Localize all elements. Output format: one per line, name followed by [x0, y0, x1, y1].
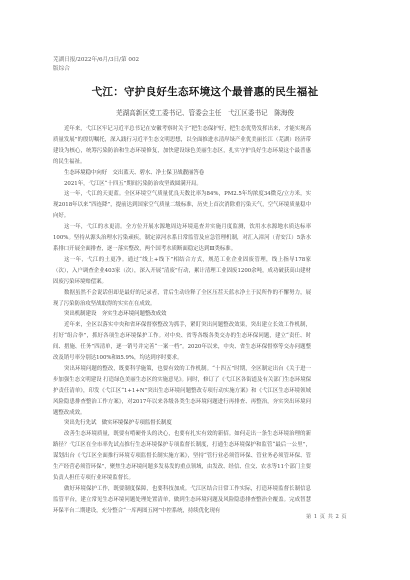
section-line: 版综合: [53, 65, 139, 74]
article-author: 芜湖高新区党工委书记、管委会主任 弋江区委书记 陈海俊: [0, 107, 410, 117]
source-line: 芜湖日报/2022年/6月/3日/第 002: [53, 56, 139, 65]
paragraph: 近年来，全区以落实中央和省环保督察整改为抓手，紧盯突出问题整改效果，突出建立长效…: [53, 320, 311, 364]
document-page: 芜湖日报/2022年/6月/3日/第 002 版综合 弋江：守护良好生态环境这个…: [0, 0, 410, 580]
paragraph: 2021年，弋江区“十四五”期间污染防治攻坚战圆满开局。: [53, 179, 311, 190]
paragraph: 这一年，弋江的土更净。通过“线上+线下”相结合方式，规范工业企业固废管理，线上指…: [53, 255, 311, 288]
article-title: 弋江：守护良好生态环境这个最普惠的民生福祉: [0, 84, 410, 99]
paragraph: 做好环境保护工作，既要制度保障，也要科技加成。弋江区结合日常工作实际，打造环境监…: [53, 484, 311, 517]
paragraph: 突出环境问题的整改，既要科学施策，也要有效的工作机制。“十四五”时期，全区制定出…: [53, 364, 311, 419]
publication-meta: 芜湖日报/2022年/6月/3日/第 002 版综合: [53, 56, 139, 74]
subheading: 突出机制建设 夯实生态环境问题整改成效: [53, 309, 311, 320]
subheading: 生态环境稳中向好 交出蓝天、碧水、净土保卫战靓丽答卷: [53, 168, 311, 179]
page-indicator: 第 1 页 共 2 页: [306, 513, 347, 520]
paragraph: 近年来，弋江区牢记习近平总书记在安徽考察时关于“把生态保护好，把生态优势发挥出来…: [53, 124, 311, 168]
article-body: 近年来，弋江区牢记习近平总书记在安徽考察时关于“把生态保护好，把生态优势发挥出来…: [53, 124, 311, 517]
paragraph: 这一年，弋江的天更蓝。全区环境空气质量优良天数比率为84%，PM2.5年均浓度3…: [53, 189, 311, 222]
subheading: 突出先行先试 做实环境保护专项监督长制度: [53, 418, 311, 429]
paragraph: 改善生态环境质量，既要有啃硬骨头的决心，也要有扎实有效的新招。如何走出一条生态环…: [53, 429, 311, 484]
paragraph: 这一年，弋江的水更清。全方位开展水源地周边环境巡查并实施月度监测，饮用水水源地水…: [53, 222, 311, 255]
paragraph: 数据虽然不会说话但却是最好的记录者，背后生动诠释了全区压茬天蓝水净土于民所作的不…: [53, 288, 311, 310]
